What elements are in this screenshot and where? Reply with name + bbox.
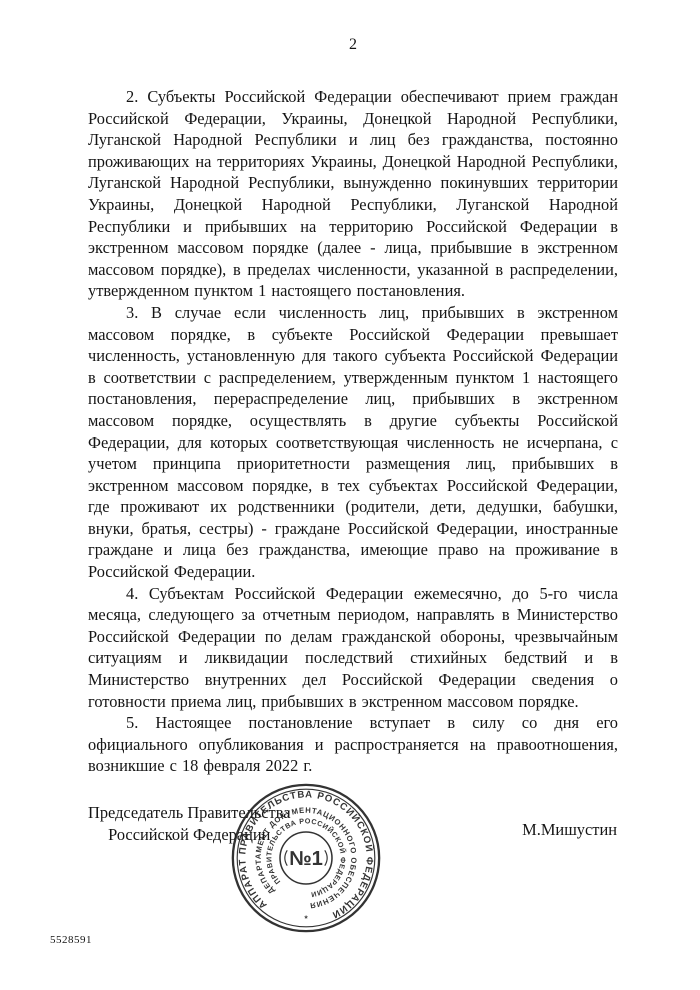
paragraph-2: 2. Субъекты Российской Федерации обеспеч… (88, 86, 618, 302)
paragraph-4: 4. Субъектам Российской Федерации ежемес… (88, 583, 618, 713)
document-page: 2 2. Субъекты Российской Федерации обесп… (0, 0, 700, 990)
stamp-center-number: №1 (289, 848, 323, 870)
signer-name: М.Мишустин (522, 820, 617, 840)
page-number: 2 (88, 36, 618, 54)
registration-number: 5528591 (50, 934, 92, 946)
stamp-bottom-separator: * (304, 914, 308, 924)
paragraph-3: 3. В случае если численность лиц, прибыв… (88, 302, 618, 583)
document-body: 2. Субъекты Российской Федерации обеспеч… (88, 86, 618, 777)
paragraph-5: 5. Настоящее постановление вступает в си… (88, 712, 618, 777)
government-seal-stamp-icon: АППАРАТ ПРАВИТЕЛЬСТВА РОССИЙСКОЙ ФЕДЕРАЦ… (229, 781, 383, 935)
